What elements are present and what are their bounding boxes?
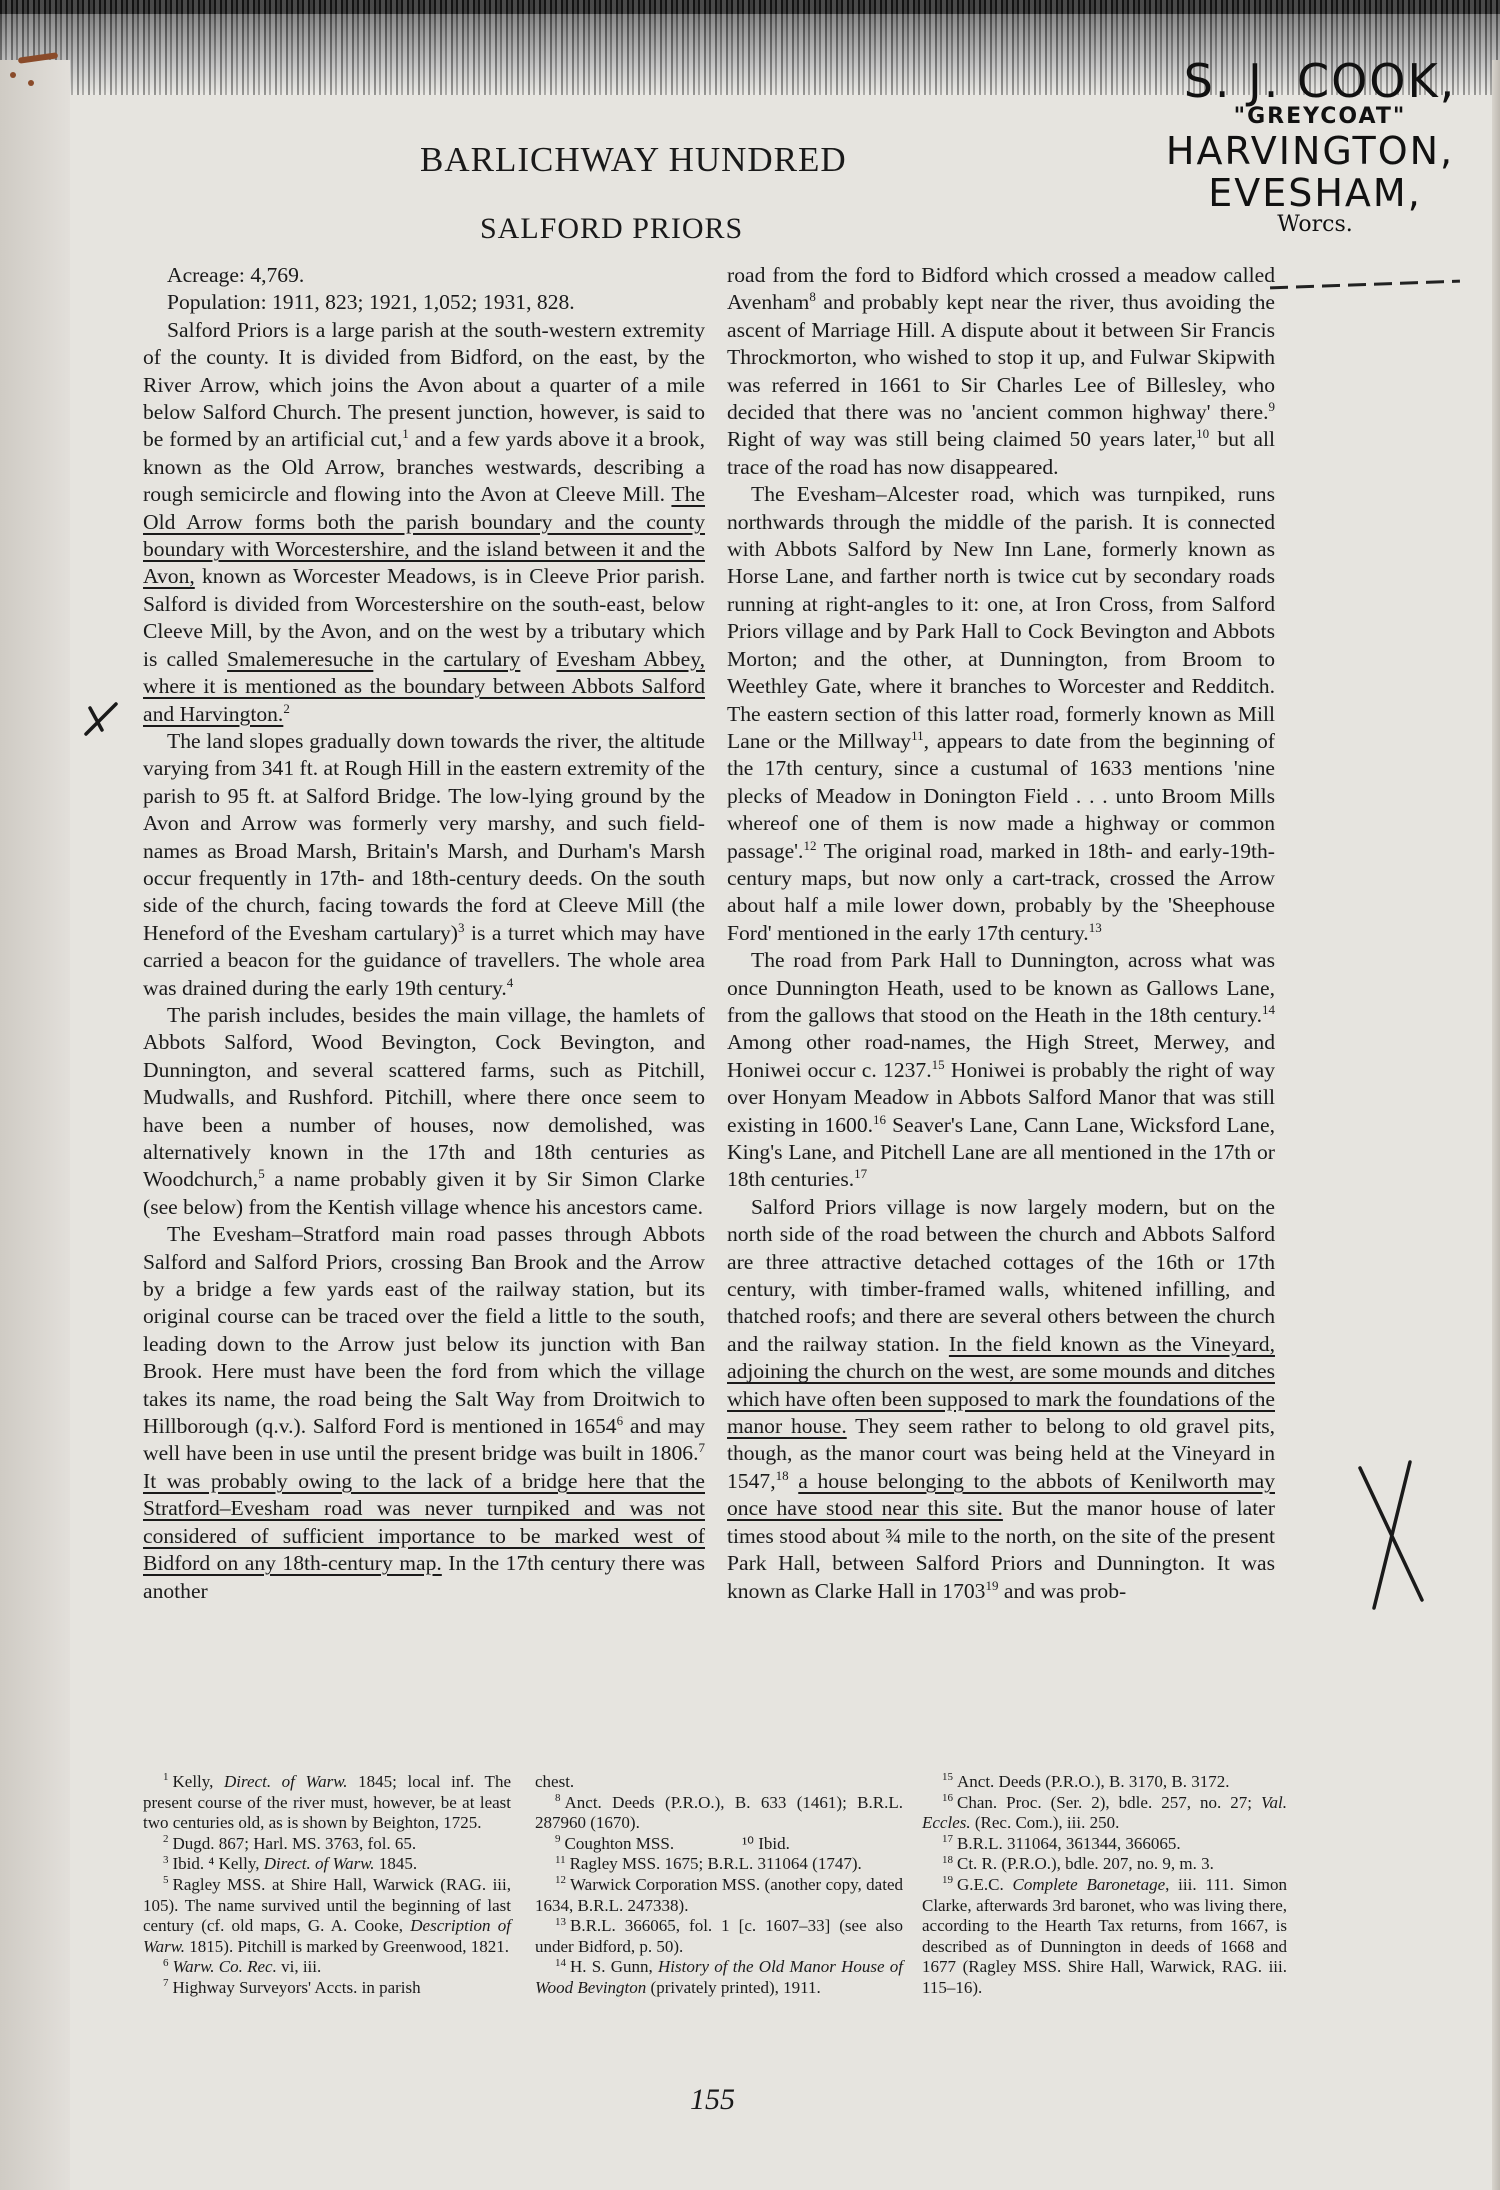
- paragraph: The Evesham–Stratford main road passes t…: [143, 1221, 705, 1605]
- stamp-name: S. J. COOK,: [1160, 58, 1480, 104]
- footnote: 7Highway Surveyors' Accts. in parish: [143, 1978, 511, 1999]
- page-right-edge: [1492, 60, 1500, 2190]
- footnotes-column-1: 1Kelly, Direct. of Warw. 1845; local inf…: [143, 1772, 511, 1999]
- footnote: 9Coughton MSS. ¹⁰ Ibid.: [535, 1834, 903, 1855]
- footnote-ref: 10: [1196, 426, 1209, 441]
- footnote: 16Chan. Proc. (Ser. 2), bdle. 257, no. 2…: [922, 1793, 1287, 1834]
- paragraph: Salford Priors is a large parish at the …: [143, 317, 705, 728]
- footnote: 8Anct. Deeds (P.R.O.), B. 633 (1461); B.…: [535, 1793, 903, 1834]
- footnote-ref: 13: [1089, 920, 1102, 935]
- footnote-ref: 16: [873, 1111, 886, 1126]
- footnote: 18Ct. R. (P.R.O.), bdle. 207, no. 9, m. …: [922, 1854, 1287, 1875]
- footnote: 15Anct. Deeds (P.R.O.), B. 3170, B. 3172…: [922, 1772, 1287, 1793]
- footnote-ref: 9: [1269, 399, 1276, 414]
- handwritten-x-mark-icon: [1358, 1460, 1428, 1610]
- paragraph: The land slopes gradually down towards t…: [143, 728, 705, 1002]
- handwritten-scribble: [1270, 280, 1460, 290]
- footnote-ref: 18: [776, 1468, 789, 1483]
- stamp-county: Worcs.: [1150, 214, 1480, 236]
- footnote: 12Warwick Corporation MSS. (another copy…: [535, 1875, 903, 1916]
- handwritten-x-mark-icon: [82, 700, 122, 740]
- footnote: 6Warw. Co. Rec. vi, iii.: [143, 1957, 511, 1978]
- population-line: Population: 1911, 823; 1921, 1,052; 1931…: [143, 289, 705, 316]
- footnote: 2Dugd. 867; Harl. MS. 3763, fol. 65.: [143, 1834, 511, 1855]
- footnote: 14H. S. Gunn, History of the Old Manor H…: [535, 1957, 903, 1998]
- footnote: 17B.R.L. 311064, 361344, 366065.: [922, 1834, 1287, 1855]
- underlined-passage: cartulary: [444, 647, 521, 671]
- paragraph: The road from Park Hall to Dunnington, a…: [727, 947, 1275, 1194]
- rust-dot: [28, 80, 34, 86]
- footnote-ref: 17: [854, 1166, 867, 1181]
- section-title: SALFORD PRIORS: [480, 212, 743, 246]
- paragraph: The Evesham–Alcester road, which was tur…: [727, 481, 1275, 947]
- acreage-line: Acreage: 4,769.: [143, 262, 705, 289]
- paragraph: road from the ford to Bidford which cros…: [727, 262, 1275, 481]
- rust-dot: [10, 72, 16, 78]
- footnote: 13B.R.L. 366065, fol. 1 [c. 1607–33] (se…: [535, 1916, 903, 1957]
- footnote: 19G.E.C. Complete Baronetage, iii. 111. …: [922, 1875, 1287, 1999]
- footnote-ref: 14: [1262, 1002, 1275, 1017]
- footnote-ref: 2: [283, 700, 290, 715]
- left-text-column: Acreage: 4,769. Population: 1911, 823; 1…: [143, 262, 705, 1605]
- page-number: 155: [690, 2083, 735, 2117]
- footnote: 1Kelly, Direct. of Warw. 1845; local inf…: [143, 1772, 511, 1834]
- footnote: 3Ibid. ⁴ Kelly, Direct. of Warw. 1845.: [143, 1854, 511, 1875]
- footnotes-column-3: 15Anct. Deeds (P.R.O.), B. 3170, B. 3172…: [922, 1772, 1287, 1999]
- stamp-village: HARVINGTON,: [1140, 132, 1480, 170]
- running-head: BARLICHWAY HUNDRED: [420, 140, 980, 180]
- footnote-ref: 12: [803, 837, 816, 852]
- underlined-passage: Smalemeresuche: [227, 647, 373, 671]
- footnote-ref: 19: [985, 1577, 998, 1592]
- address-stamp: S. J. COOK, "GREYCOAT" HARVINGTON, EVESH…: [1120, 58, 1480, 236]
- footnote-ref: 15: [932, 1057, 945, 1072]
- footnote: 11Ragley MSS. 1675; B.R.L. 311064 (1747)…: [535, 1854, 903, 1875]
- footnote-ref: 7: [699, 1440, 706, 1455]
- footnote-ref: 4: [507, 974, 514, 989]
- page-fold-shadow: [0, 60, 70, 2190]
- footnote: 5Ragley MSS. at Shire Hall, Warwick (RAG…: [143, 1875, 511, 1957]
- stamp-town: EVESHAM,: [1150, 174, 1480, 212]
- paragraph: Salford Priors village is now largely mo…: [727, 1194, 1275, 1605]
- footnote-ref: 11: [911, 728, 924, 743]
- footnotes-column-2: chest. 8Anct. Deeds (P.R.O.), B. 633 (14…: [535, 1772, 903, 1999]
- paragraph: The parish includes, besides the main vi…: [143, 1002, 705, 1221]
- stamp-house: "GREYCOAT": [1160, 106, 1480, 128]
- right-text-column: road from the ford to Bidford which cros…: [727, 262, 1275, 1605]
- scanned-page: BARLICHWAY HUNDRED SALFORD PRIORS S. J. …: [0, 0, 1500, 2190]
- footnote-continuation: chest.: [535, 1772, 903, 1793]
